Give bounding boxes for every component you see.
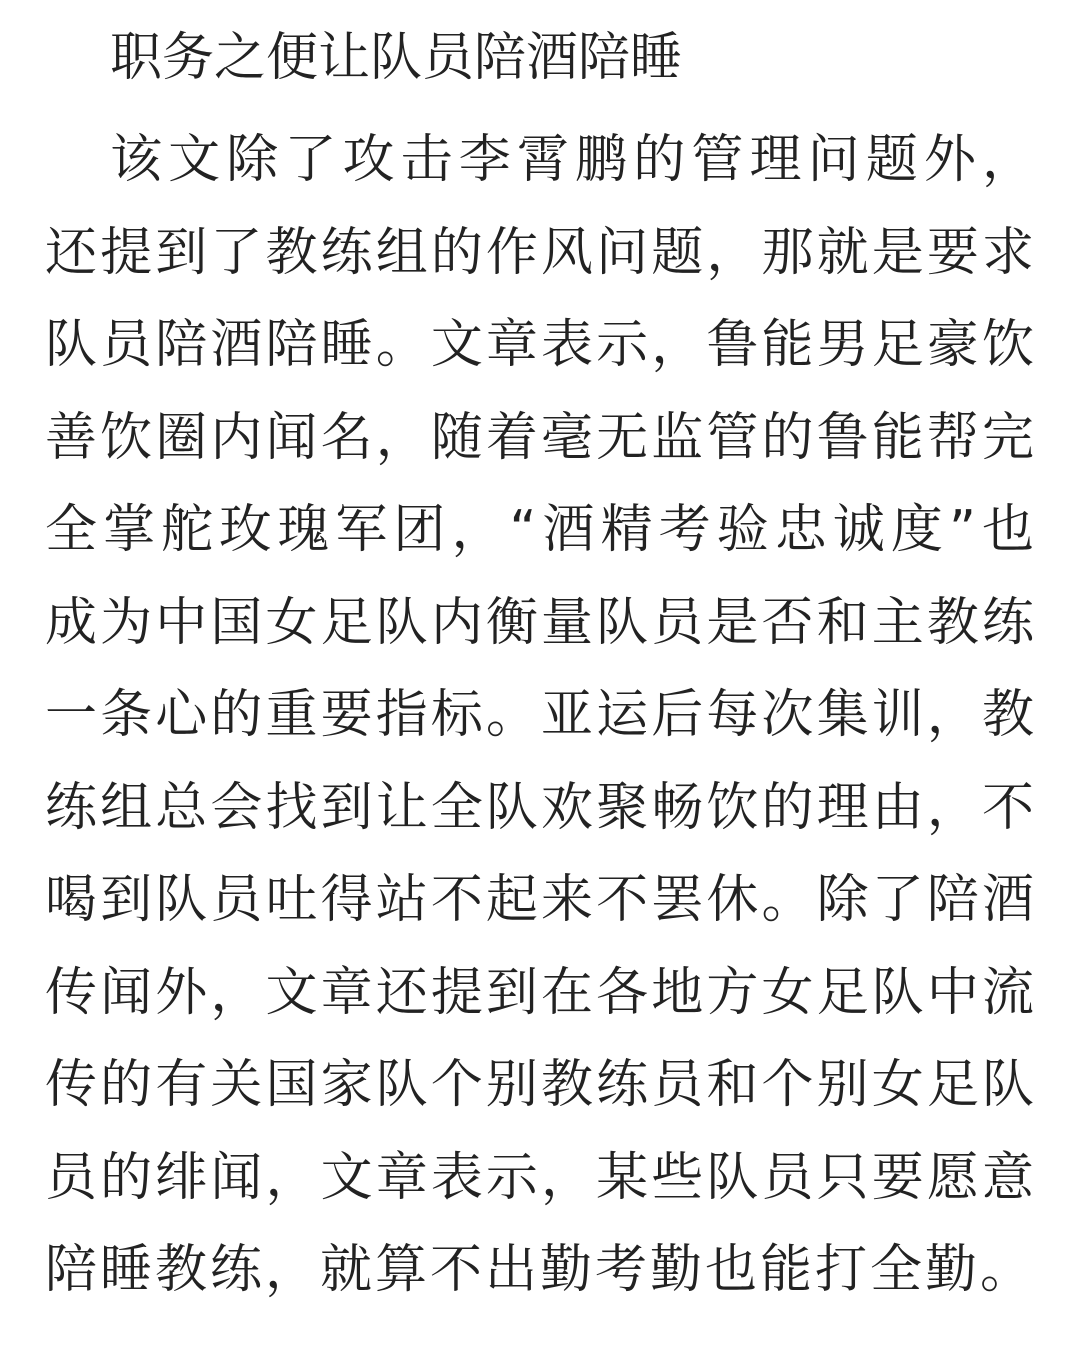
section-subheading: 职务之便让队员陪酒陪睡 <box>45 0 1037 104</box>
article-body: 职务之便让队员陪酒陪睡 该文除了攻击李霄鹏的管理问题外，还提到了教练组的作风问题… <box>45 0 1037 1317</box>
article-paragraph: 该文除了攻击李霄鹏的管理问题外，还提到了教练组的作风问题，那就是要求队员陪酒陪睡… <box>45 114 1037 1317</box>
